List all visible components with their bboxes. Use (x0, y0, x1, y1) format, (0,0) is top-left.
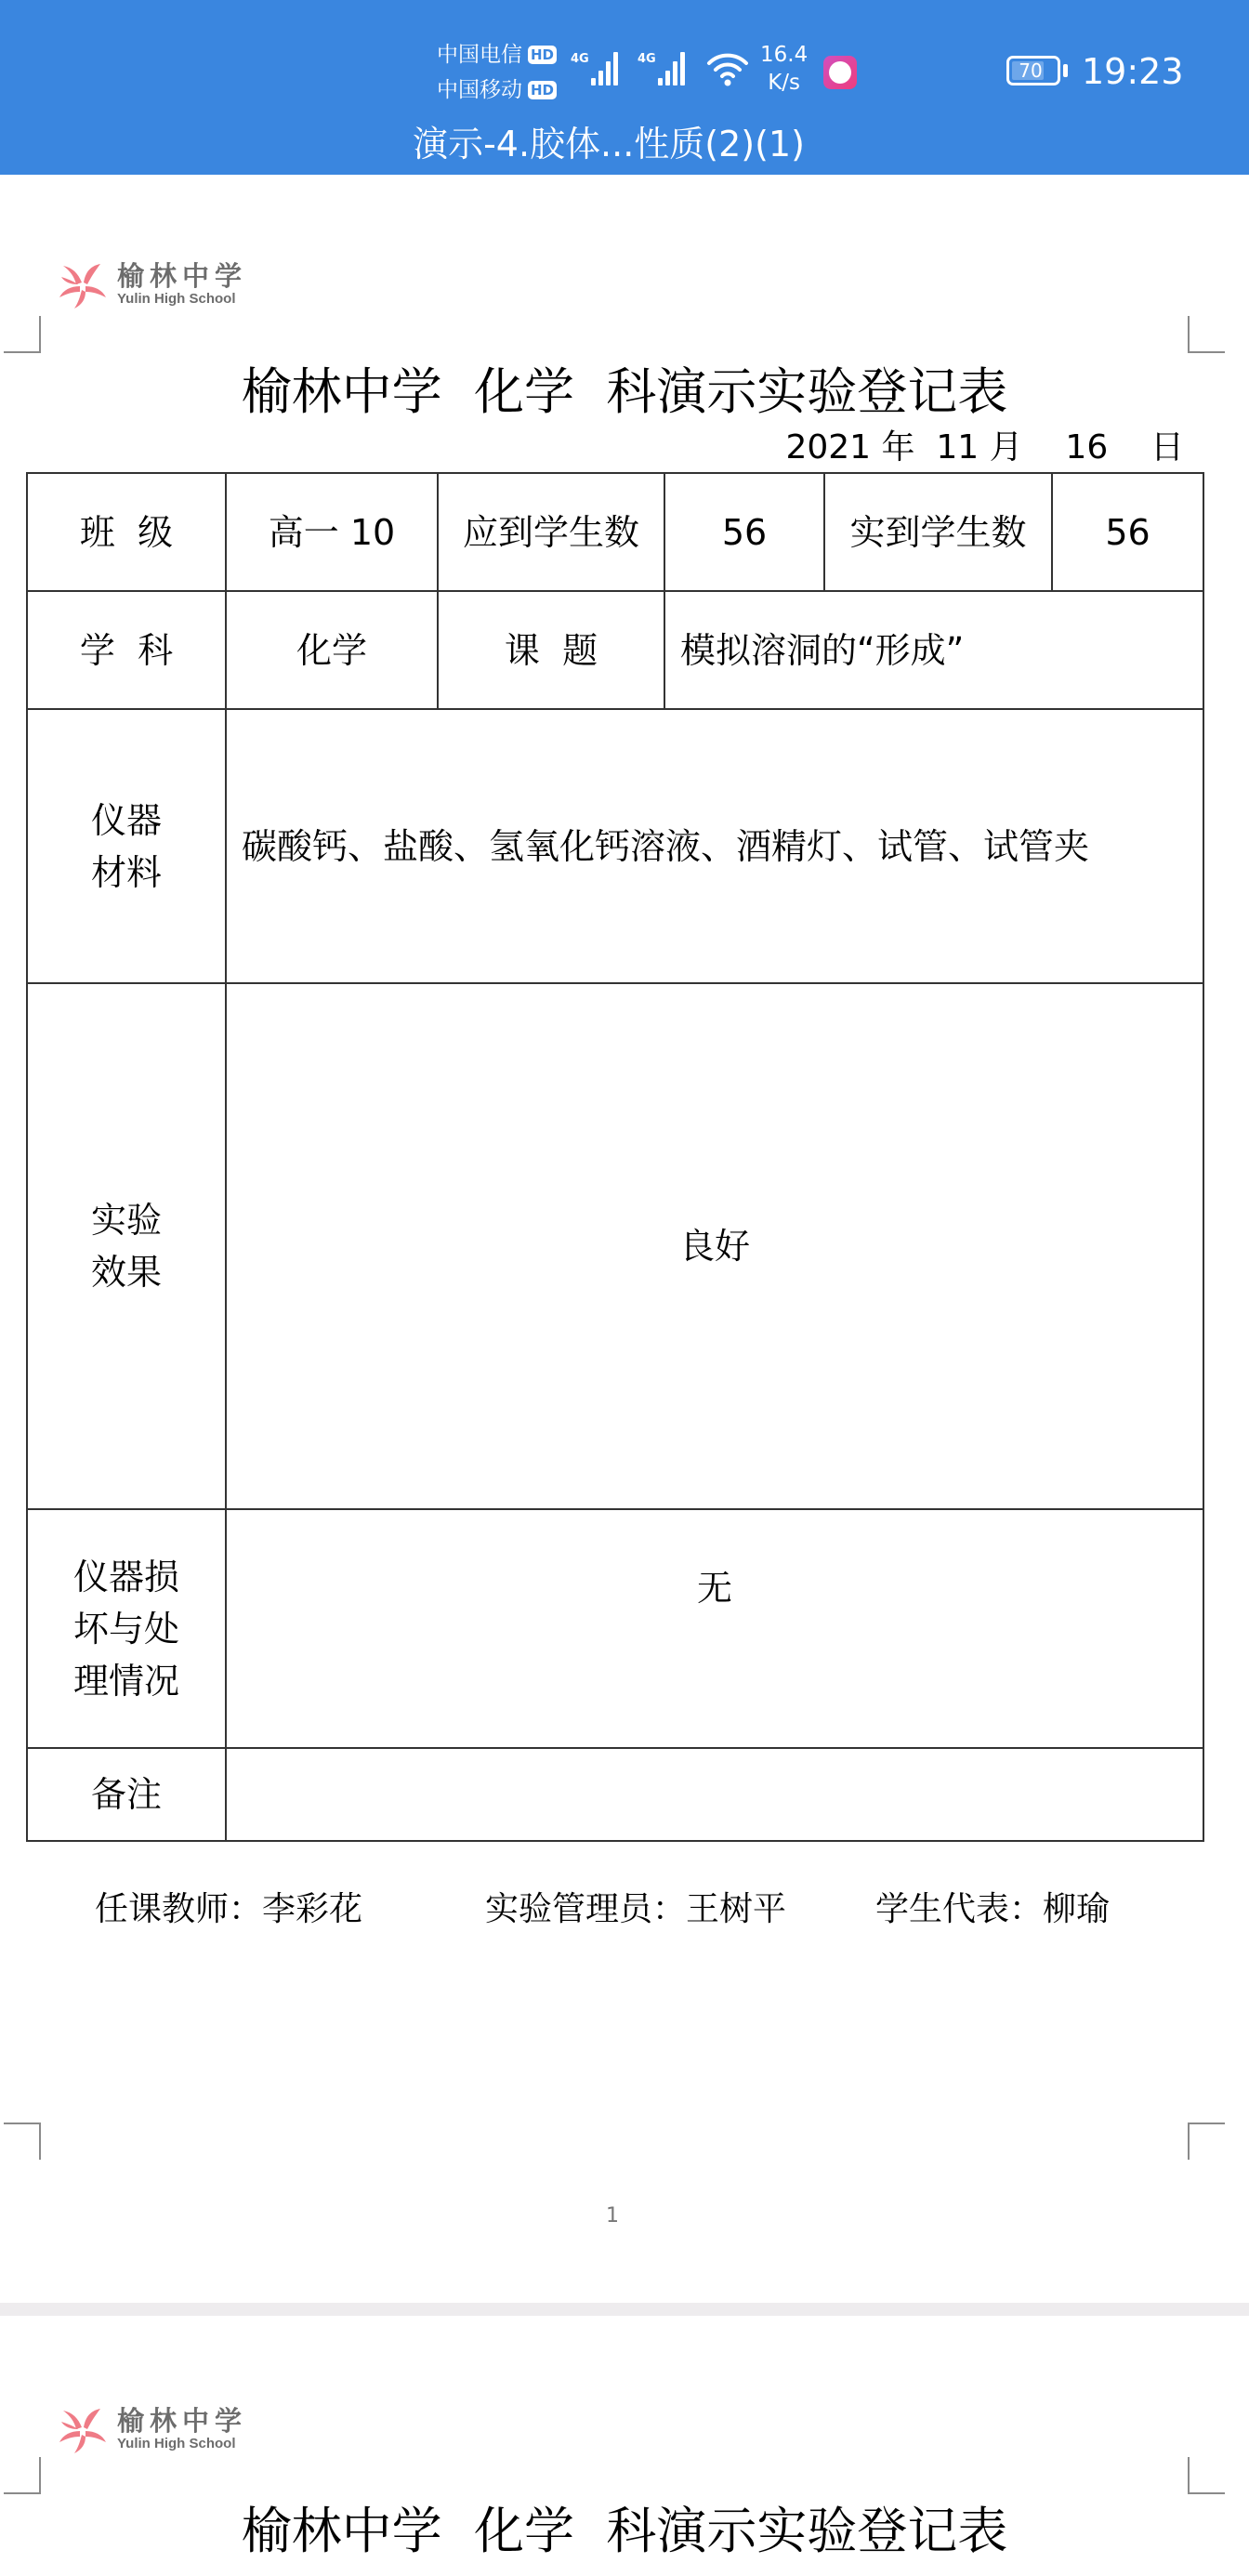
notification-app-icon (823, 56, 857, 89)
class-value[interactable]: 高一 10 (226, 473, 438, 591)
table-row: 仪器损 坏与处 理情况 无 (27, 1509, 1203, 1748)
table-row: 学 科 化学 课 题 模拟溶洞的“形成” (27, 591, 1203, 709)
student-rep-signature: 学生代表：柳瑜 (875, 1886, 1110, 1933)
battery-icon: 70 (1006, 56, 1060, 85)
school-logo-icon (56, 258, 108, 310)
status-and-title-bar: 中国电信 HD 中国移动 HD 4G 4G 16.4 K/s 70 19:23 … (0, 0, 1249, 175)
table-row: 实验 效果 良好 (27, 983, 1203, 1509)
signal-strength-icon: 4G (638, 48, 685, 85)
topic-label: 课 题 (438, 591, 664, 709)
page-corner-mark (1188, 2123, 1225, 2160)
page-corner-mark (4, 2457, 41, 2494)
equipment-label-line: 材料 (91, 852, 162, 893)
equipment-label: 仪器 材料 (27, 709, 226, 983)
form-date: 2021 年 11 月 16 日 (785, 427, 1184, 468)
page-corner-mark (4, 2123, 41, 2160)
network-type-label: 4G (571, 52, 589, 66)
subject-label: 学 科 (27, 591, 226, 709)
page-corner-mark (1188, 2457, 1225, 2494)
actual-students-label: 实到学生数 (824, 473, 1052, 591)
clock: 19:23 (1082, 48, 1184, 95)
actual-students-value[interactable]: 56 (1052, 473, 1203, 591)
school-name-en: Yulin High School (117, 2436, 247, 2452)
hd-voice-icon: HD (528, 81, 557, 99)
damage-label-line: 理情况 (73, 1661, 179, 1702)
page-corner-mark (4, 316, 41, 353)
effect-value[interactable]: 良好 (226, 983, 1203, 1509)
notes-label: 备注 (27, 1748, 226, 1841)
wifi-icon (706, 50, 749, 87)
network-type-label: 4G (638, 52, 656, 66)
school-name-en: Yulin High School (117, 291, 247, 308)
equipment-label-line: 仪器 (91, 800, 162, 841)
school-name-cn: 榆林中学 (117, 261, 247, 291)
school-name-cn: 榆林中学 (117, 2406, 247, 2436)
class-label: 班 级 (27, 473, 226, 591)
form-title: 榆林中学 化学 科演示实验登记表 (0, 362, 1249, 422)
page-separator (0, 2303, 1249, 2316)
table-row: 仪器 材料 碳酸钙、盐酸、氢氧化钙溶液、酒精灯、试管、试管夹 (27, 709, 1203, 983)
signature-line: 任课教师：李彩花 实验管理员：王树平 学生代表：柳瑜 (95, 1886, 1164, 1933)
signal-strength-icon: 4G (571, 48, 618, 85)
table-row: 班 级 高一 10 应到学生数 56 实到学生数 56 (27, 473, 1203, 591)
teacher-signature: 任课教师：李彩花 (95, 1886, 485, 1933)
table-row: 备注 (27, 1748, 1203, 1841)
lab-manager-signature: 实验管理员：王树平 (485, 1886, 875, 1933)
topic-value[interactable]: 模拟溶洞的“形成” (664, 591, 1203, 709)
effect-label-line: 实验 (91, 1200, 162, 1241)
damage-label-line: 仪器损 (73, 1557, 179, 1597)
net-speed-value: 16.4 (760, 41, 808, 69)
form-title: 榆林中学 化学 科演示实验登记表 (0, 2502, 1249, 2561)
carrier-1-name: 中国电信 (437, 37, 522, 72)
page-number: 1 (0, 2204, 1225, 2228)
network-speed: 16.4 K/s (760, 41, 808, 97)
effect-label: 实验 效果 (27, 983, 226, 1509)
hd-voice-icon: HD (528, 46, 557, 64)
net-speed-unit: K/s (760, 69, 808, 97)
battery-tip (1063, 64, 1068, 77)
carrier-2-name: 中国移动 (437, 72, 522, 108)
expected-students-label: 应到学生数 (438, 473, 664, 591)
battery-level: 70 (1009, 59, 1052, 83)
carrier-info: 中国电信 HD 中国移动 HD (437, 37, 557, 108)
damage-value[interactable]: 无 (226, 1509, 1203, 1748)
equipment-value[interactable]: 碳酸钙、盐酸、氢氧化钙溶液、酒精灯、试管、试管夹 (226, 709, 1203, 983)
document-title[interactable]: 演示-4.胶体...性质(2)(1) (0, 123, 1217, 165)
school-logo: 榆林中学 Yulin High School (56, 258, 247, 310)
subject-value[interactable]: 化学 (226, 591, 438, 709)
experiment-record-table: 班 级 高一 10 应到学生数 56 实到学生数 56 学 科 化学 课 题 模… (26, 472, 1204, 1842)
expected-students-value[interactable]: 56 (664, 473, 824, 591)
notes-value[interactable] (226, 1748, 1203, 1841)
school-logo-icon (56, 2403, 108, 2455)
damage-label: 仪器损 坏与处 理情况 (27, 1509, 226, 1748)
damage-label-line: 坏与处 (73, 1609, 179, 1649)
effect-label-line: 效果 (91, 1252, 162, 1293)
page-corner-mark (1188, 316, 1225, 353)
school-logo: 榆林中学 Yulin High School (56, 2403, 247, 2455)
